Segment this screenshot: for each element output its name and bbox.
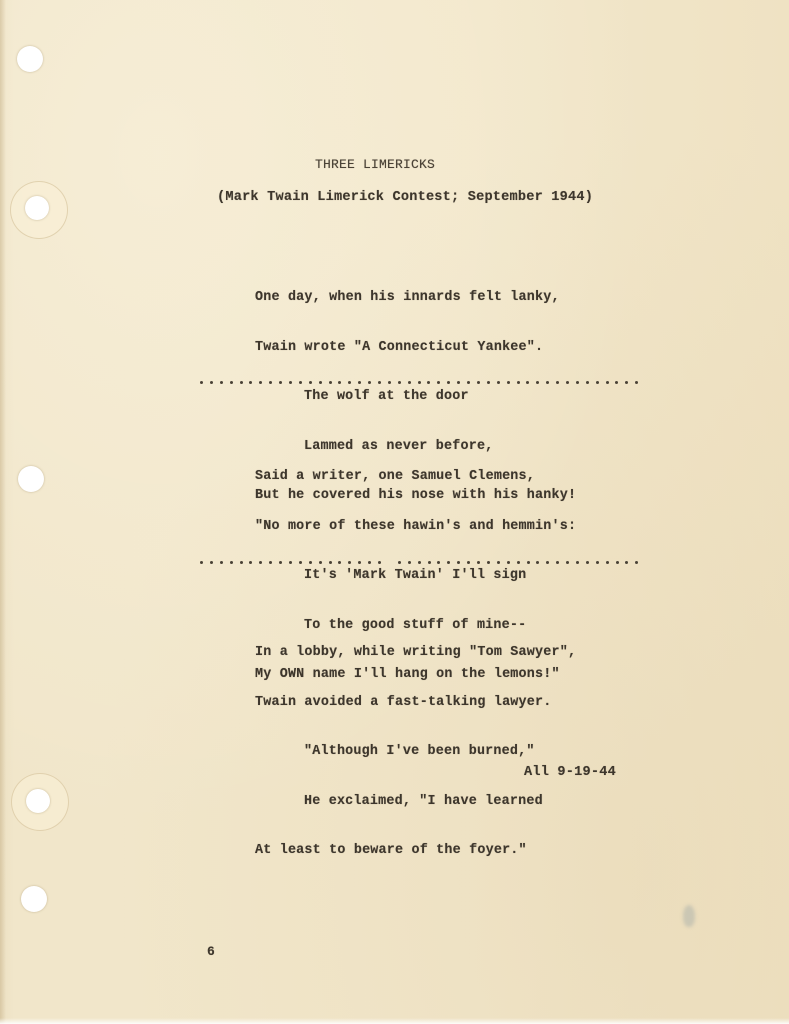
paper-edge-shadow [0,0,6,1024]
limerick-3: In a lobby, while writing "Tom Sawyer", … [255,612,576,893]
limerick-line: "Although I've been burned," [255,744,576,761]
ink-smudge [683,905,695,927]
limerick-line: He exclaimed, "I have learned [255,794,576,811]
punch-hole-icon [26,789,50,813]
paper-bottom-edge [0,1018,789,1024]
limerick-line: "No more of these hawin's and hemmin's: [255,519,576,536]
typewritten-page: THREE LIMERICKS (Mark Twain Limerick Con… [0,0,789,1024]
limerick-line: Twain wrote "A Connecticut Yankee". [255,340,576,357]
author-signature-date: All 9-19-44 [524,765,616,782]
document-subtitle: (Mark Twain Limerick Contest; September … [217,190,593,207]
document-title: THREE LIMERICKS [315,157,435,174]
limerick-line: In a lobby, while writing "Tom Sawyer", [255,645,576,662]
dotted-divider [200,380,648,384]
limerick-line: Twain avoided a fast-talking lawyer. [255,695,576,712]
limerick-line: The wolf at the door [255,389,576,406]
page-number: 6 [207,944,215,961]
punch-hole-icon [21,886,47,912]
limerick-line: Said a writer, one Samuel Clemens, [255,469,576,486]
limerick-line: One day, when his innards felt lanky, [255,290,576,307]
punch-hole-icon [25,196,49,220]
punch-hole-icon [18,466,44,492]
limerick-line: It's 'Mark Twain' I'll sign [255,568,576,585]
punch-hole-icon [17,46,43,72]
dotted-divider [200,560,640,564]
limerick-line: At least to beware of the foyer." [255,843,576,860]
